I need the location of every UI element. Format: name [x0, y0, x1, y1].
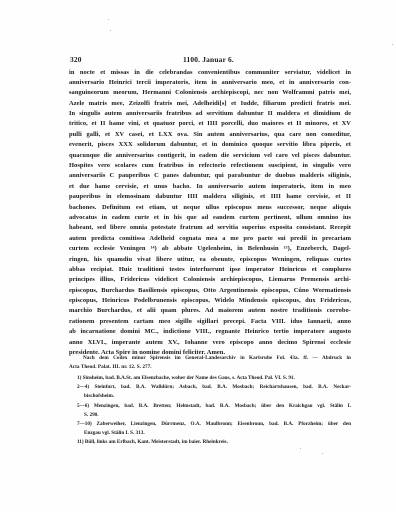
- footnote-7-10: 7—10) Zaberweiher, Lienzingen, Dürrmenz,…: [69, 420, 351, 429]
- scan-speck: [110, 30, 111, 31]
- body-line: advocatus in eadem curte et in his que a…: [69, 213, 351, 223]
- source-note: Nach dem Codex minor Spirensis im Genera…: [69, 354, 351, 372]
- footnote-5-6-cont: S. 290.: [69, 411, 351, 420]
- body-line: ringen, his quamdiu vivat libere utitur,…: [69, 255, 351, 265]
- body-line: episcopus, Burchardus Basiliensis episco…: [69, 286, 351, 296]
- scan-speck: [288, 341, 289, 342]
- body-line: pulli galli, et XV casei, et LXX ova. Si…: [69, 130, 351, 140]
- body-line: anniversariis C pauperibus C panes dabun…: [69, 171, 351, 181]
- footnote-5-6: 5—6) Menzingen, bad. B.A. Bretten; Helms…: [69, 402, 351, 411]
- footnote-11: 11) Büll, links am Erlbach, Kant. Meiste…: [69, 438, 351, 447]
- body-line: et due hame cervisie, et unus bacho. In …: [69, 182, 351, 192]
- body-line: marchio Burchardus, et alii quam plures.…: [69, 306, 351, 316]
- page-header: 320 1100. Januar 6.: [70, 55, 350, 65]
- body-line: In singulis autem anniversariis fratribu…: [69, 109, 351, 119]
- body-line: habeant, sed libere omnia potestate frat…: [69, 223, 351, 233]
- body-line: in nocte et missas in die celebrandas co…: [69, 68, 351, 78]
- footnote-1: 1) Sinsheim, bad. B.A.St. am Elsenzbache…: [69, 374, 351, 383]
- body-line: Azele matris mee, Zeizolfi fratris mei, …: [69, 99, 351, 109]
- body-line: curtem ecclesie Veningen ¹⁴) ab abbate U…: [69, 244, 351, 254]
- body-line: autem predicta comitissa Adelheid cognat…: [69, 234, 351, 244]
- scan-speck: [392, 44, 393, 45]
- body-line: bachones. Definitum est etiam, ut neque …: [69, 203, 351, 213]
- body-line: tritico, et II hame vini, et quatuor por…: [69, 119, 351, 129]
- body-line: ab incarnatione domini MC., indictione V…: [69, 327, 351, 337]
- body-line: quacunque die anniversarius contigerit, …: [69, 151, 351, 161]
- body-line: anno XLVI., imperante autem XV., Iohanne…: [69, 338, 351, 348]
- body-line: evenerit, pisces XXX solidorum dabuntur,…: [69, 140, 351, 150]
- body-line: Hospites vero scolares cum fratribus in …: [69, 161, 351, 171]
- running-head: 1100. Januar 6.: [183, 55, 234, 64]
- source-note-line: Nach dem Codex minor Spirensis im Genera…: [69, 354, 351, 363]
- scan-speck: [322, 453, 323, 454]
- footnote-2-4-cont: bischofsheim.: [69, 392, 351, 401]
- body-line: anniversario Heinrici tercii imperatoris…: [69, 78, 351, 88]
- footnote-2-4: 2—4) Steinfurt, bad. B.A. Walldürn; Asba…: [69, 383, 351, 392]
- body-line: sanguineorum meorum, Hermanni Coloniensi…: [69, 88, 351, 98]
- page-number: 320: [70, 55, 82, 64]
- footnotes: 1) Sinsheim, bad. B.A.St. am Elsenzbache…: [69, 374, 351, 448]
- source-note-line: Acta Theod. Palat. III. nr. 12. S. 277.: [69, 363, 351, 372]
- charter-body-text: in nocte et missas in die celebrandas co…: [69, 68, 351, 359]
- body-line: rationem presentem cartam meo sigillo si…: [69, 317, 351, 327]
- scan-speck: [300, 448, 301, 449]
- body-line: principes illius, Fridericus videlicet C…: [69, 275, 351, 285]
- scan-speck: [108, 19, 109, 20]
- footnote-7-10-cont: Enzgau vgl. Stälin I. S. 313.: [69, 429, 351, 438]
- body-line: pauperibus in elemosinam dabuntur IIII m…: [69, 192, 351, 202]
- scanned-page: 320 1100. Januar 6. in nocte et missas i…: [0, 0, 396, 512]
- body-line: episcopus, Heinricus Podelbrunensis epis…: [69, 296, 351, 306]
- body-line: abbas recipiat. Huic traditioni testes i…: [69, 265, 351, 275]
